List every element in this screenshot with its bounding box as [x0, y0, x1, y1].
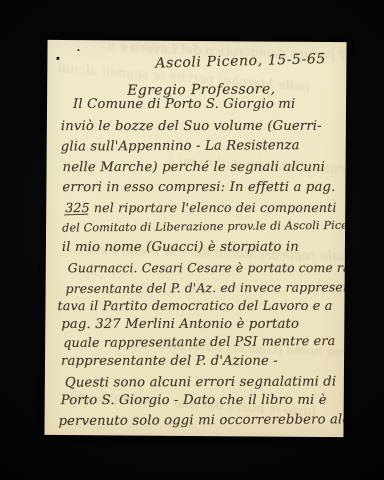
underline-325 [64, 214, 88, 216]
letter-line: il mio nome (Guacci) è storpiato in [62, 240, 299, 255]
letter-line: pervenuto solo oggi mi occorrerebbero al… [59, 412, 347, 429]
letter-line: Porto S. Giorgio - Dato che il libro mi … [61, 393, 327, 408]
letter-line: Il Comune di Porto S. Giorgio mi [73, 97, 295, 112]
letter-line: rappresentante del P. d'Azione - [61, 354, 278, 369]
scan-background: tava il Partito democratico del Lavoro e… [0, 0, 384, 480]
letter-line: Questi sono alcuni errori segnalatimi di [65, 374, 336, 390]
letter-line: 325 nel riportare l'elenco dei component… [65, 200, 336, 215]
letter-line: tava il Partito democratico del Lavoro e… [57, 299, 332, 314]
letter-dateline: Ascoli Piceno, 15-5-65 [155, 51, 326, 72]
letter-line: nelle Marche) perché le segnali alcuni [63, 160, 325, 175]
letter-line: Guarnacci. Cesari Cesare è portato come … [68, 260, 347, 275]
letter-line: presentante del P. d'Az. ed invece rappr… [66, 279, 347, 296]
letter-line: del Comitato di Liberazione prov.le di A… [62, 219, 347, 235]
paper-speck [77, 49, 79, 51]
letter-line: errori in esso compresi: In effetti a pa… [62, 180, 335, 195]
letter-line: inviò le bozze del Suo volume (Guerri- [61, 119, 322, 134]
letter-page: tava il Partito democratico del Lavoro e… [44, 40, 346, 437]
paper-speck [56, 57, 59, 60]
letter-line: pag. 327 Merlini Antonio è portato [61, 317, 299, 332]
letter-line: quale rappresentante del PSI mentre era [63, 334, 335, 351]
letter-line: glia sull'Appennino - La Resistenza [61, 138, 300, 154]
